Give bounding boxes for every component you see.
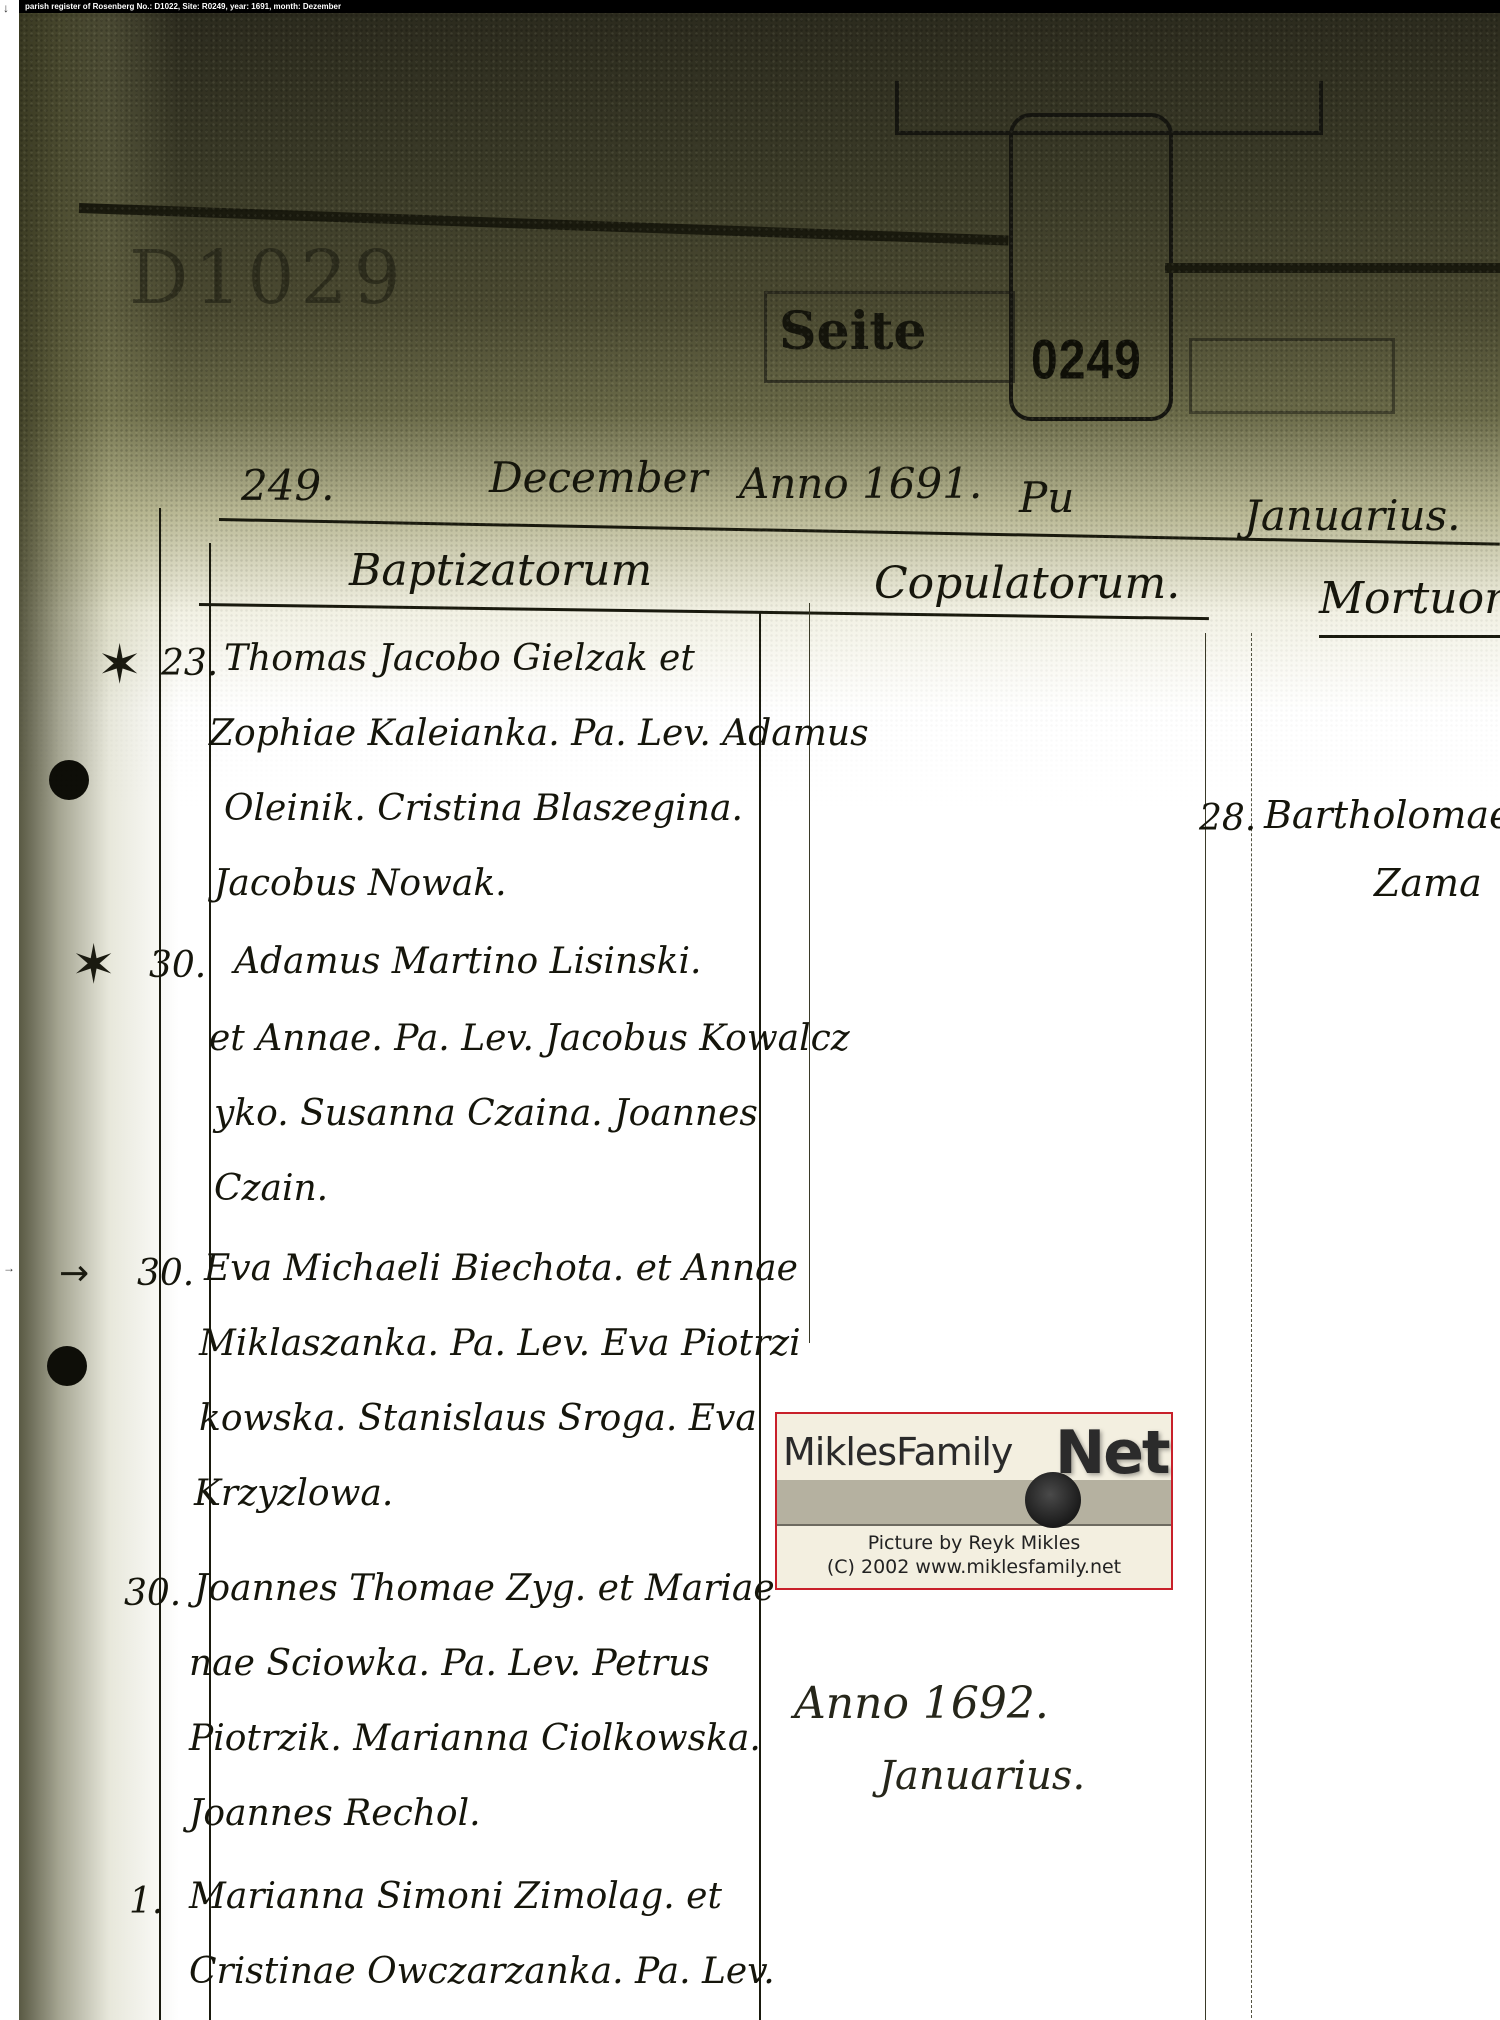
ruler-bar-right (1165, 263, 1500, 273)
entry-line: Miklaszanka. Pa. Lev. Eva Piotrzi (199, 1323, 801, 1364)
entry-line: et Annae. Pa. Lev. Jacobus Kowalcz (209, 1018, 850, 1059)
deaths-header-rule (1319, 635, 1500, 638)
arrow-right-icon: → (3, 1262, 15, 1274)
watermark-copyright: (C) 2002 www.miklesfamily.net (777, 1556, 1171, 1578)
watermark-brand-suffix: Net (1055, 1418, 1169, 1488)
entry-line: Jacobus Nowak. (214, 863, 507, 904)
punch-hole (49, 760, 89, 800)
entry-line: Thomas Jacobo Gielzak et (224, 638, 695, 679)
watermark-credit: Picture by Reyk Mikles (777, 1532, 1171, 1554)
entry-line: yko. Susanna Czaina. Joannes (214, 1093, 758, 1134)
margin-arrow-icon: → (59, 1253, 89, 1294)
arrow-down-icon: ↓ (3, 2, 9, 14)
entry-day: 30. (124, 1573, 181, 1614)
entry-day: 23. (161, 643, 218, 684)
entry-line: Krzyzlowa. (194, 1473, 393, 1514)
entry-line: Eva Michaeli Biechota. et Annae (204, 1248, 798, 1289)
punch-hole (47, 1346, 87, 1386)
entry-line: Piotrzik. Marianna Ciolkowska. (189, 1718, 761, 1759)
seite-label: Seite (779, 301, 927, 362)
watermark-brand: MiklesFamily (783, 1430, 1012, 1474)
header-next-month: Januarius. (1244, 491, 1460, 540)
margin-asterisk-icon: ✶ (97, 633, 142, 696)
left-gutter: ↓ → (0, 0, 19, 2020)
entry-line: kowska. Stanislaus Sroga. Eva (199, 1398, 757, 1439)
entry-line: Adamus Martino Lisinski. (234, 941, 701, 982)
site-number: 0249 (1031, 329, 1142, 392)
death-entry-day: 28. (1199, 798, 1256, 839)
entry-line: nae Sciowka. Pa. Lev. Petrus (189, 1643, 710, 1684)
entry-day: 1. (129, 1881, 163, 1922)
column-deaths: Mortuorum (1319, 573, 1500, 624)
year-note-month: Januarius. (879, 1753, 1085, 1799)
death-entry-line: Bartholomaeus (1264, 793, 1500, 837)
column-baptisms: Baptizatorum (349, 545, 652, 596)
header-anno: Anno 1691. (739, 459, 982, 508)
entry-day: 30. (137, 1253, 194, 1294)
entry-line: Marianna Simoni Zimolag. et (189, 1876, 722, 1917)
marriages-right-rule (1205, 633, 1206, 2020)
register-number: D1029 (129, 235, 407, 321)
header-month: December (489, 453, 708, 502)
entry-day: 30. (149, 945, 206, 986)
deaths-day-rule (1251, 633, 1252, 2020)
window-title: parish register of Rosenberg No.: D1022,… (19, 0, 1500, 13)
watermark-box: MiklesFamily Net Picture by Reyk Mikles … (775, 1412, 1173, 1590)
entry-line: Zophiae Kaleianka. Pa. Lev. Adamus (209, 713, 869, 754)
entry-line: Joannes Thomae Zyg. et Mariae (194, 1568, 775, 1609)
entry-line: Czain. (214, 1168, 328, 1209)
entry-line: Joannes Rechol. (189, 1793, 481, 1834)
page-number: 249. (241, 461, 335, 510)
entry-line: Oleinik. Cristina Blaszegina. (224, 788, 743, 829)
stamp-box-right (1189, 338, 1395, 414)
death-entry-line: Zama (1374, 861, 1482, 905)
margin-asterisk-icon: ✶ (71, 933, 116, 996)
column-marriages: Copulatorum. (874, 558, 1180, 609)
header-abbrev: Pu (1019, 473, 1074, 522)
year-note-anno: Anno 1692. (794, 1678, 1049, 1729)
entry-line: Cristinae Owczarzanka. Pa. Lev. (189, 1951, 775, 1992)
baptisms-right-rule (759, 613, 761, 2020)
register-scan: D1029 Seite 0249 249. December Anno 1691… (19, 13, 1500, 2020)
